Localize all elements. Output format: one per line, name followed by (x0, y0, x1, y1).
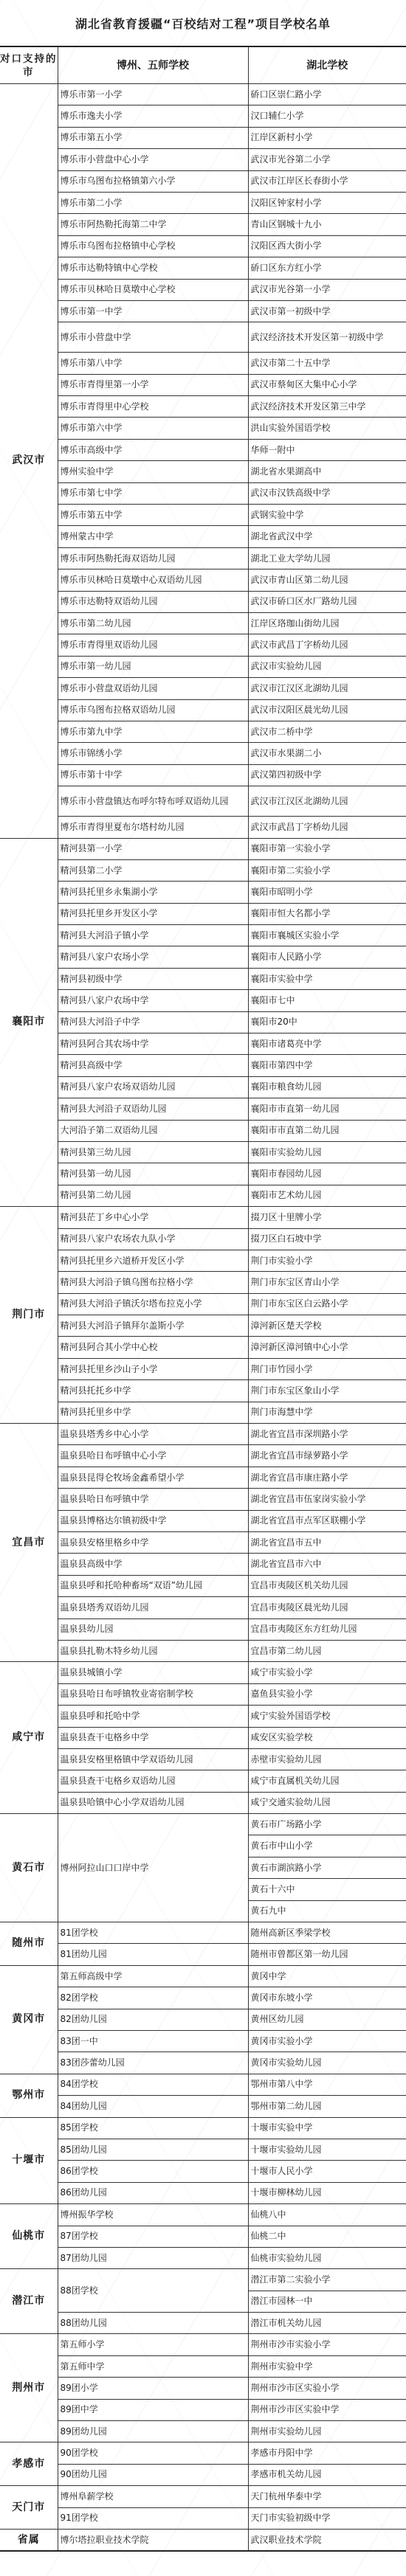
hubei-school-cell: 武汉市武昌丁字桥幼儿园 (248, 634, 406, 656)
column-header-hubei-school: 湖北学校 (248, 46, 406, 84)
xinjiang-school-cell: 博乐市青得里双语幼儿园 (58, 634, 248, 656)
city-cell: 省属 (0, 2529, 58, 2551)
table-row: 89团中学荆州市沙市区实验中学 (0, 2399, 406, 2420)
hubei-school-cell: 荆门市东宝区白云路小学 (248, 1293, 406, 1315)
table-row: 荆门市精河县茫丁乡中心小学掇刀区十里牌小学 (0, 1207, 406, 1228)
hubei-school-cell: 黄石九中 (248, 1900, 406, 1922)
table-row: 温泉县昆得仑牧场金鑫希望小学湖北省宜昌市康庄路小学 (0, 1467, 406, 1488)
hubei-school-cell: 咸宁市实验小学 (248, 1662, 406, 1683)
hubei-school-cell: 湖北省宜昌市六中 (248, 1554, 406, 1575)
xinjiang-school-cell: 温泉县哈日布呼镇中心小学 (58, 1445, 248, 1467)
table-row: 精河县大河沿子双语幼儿园襄阳市市直第一幼儿园 (0, 1098, 406, 1120)
table-row: 精河县大河沿子中学襄阳市20中 (0, 1011, 406, 1033)
xinjiang-school-cell: 温泉县哈日布呼镇牧业寄宿制学校 (58, 1683, 248, 1705)
xinjiang-school-cell: 精河县初级中学 (58, 968, 248, 989)
table-row: 宜昌市温泉县塔秀乡中心小学湖北省宜昌市深圳路小学 (0, 1424, 406, 1445)
xinjiang-school-cell: 博州实验中学 (58, 461, 248, 482)
hubei-school-cell: 湖北省武汉中学 (248, 526, 406, 547)
xinjiang-school-cell: 温泉县博格达尔镇初级中学 (58, 1510, 248, 1531)
xinjiang-school-cell: 博乐市阿热勒托海双语幼儿园 (58, 547, 248, 569)
hubei-school-cell: 黄石市广场路小学 (248, 1814, 406, 1835)
xinjiang-school-cell: 第五师中学 (58, 2355, 248, 2377)
hubei-school-cell: 荆门市东宝区象山小学 (248, 1380, 406, 1402)
xinjiang-school-cell: 温泉县呼和托哈种畜场“双语”幼儿园 (58, 1575, 248, 1596)
xinjiang-school-cell: 博乐市达勒特镇中心学校 (58, 257, 248, 279)
table-row: 精河县托里乡永集湖小学襄阳市昭明小学 (0, 882, 406, 903)
table-row: 随州市81团学校随州高新区季梁学校 (0, 1922, 406, 1944)
document-title: 湖北省教育援疆“百校结对工程”项目学校名单 (0, 0, 406, 46)
school-pairing-table: 对口支持的市 博州、五师学校 湖北学校 武汉市博乐市第一小学硚口区崇仁路小学博乐… (0, 46, 406, 2552)
hubei-school-cell: 荆州市实验幼儿园 (248, 2421, 406, 2442)
table-row: 精河县托托乡中学荆门市东宝区象山小学 (0, 1380, 406, 1402)
xinjiang-school-cell: 精河县托里乡沙山子小学 (58, 1358, 248, 1379)
xinjiang-school-cell: 博乐市第一中学 (58, 300, 248, 322)
hubei-school-cell: 襄阳市艺术幼儿园 (248, 1185, 406, 1206)
table-row: 博乐市青得里双语幼儿园武汉市武昌丁字桥幼儿园 (0, 634, 406, 656)
hubei-school-cell: 咸安区实验学校 (248, 1727, 406, 1748)
xinjiang-school-cell: 博乐市青得里夏布尔塔村幼儿园 (58, 817, 248, 838)
xinjiang-school-cell: 博乐市第二小学 (58, 192, 248, 213)
table-row: 博乐市阿热勒托海第二中学青山区钢城十九小 (0, 214, 406, 235)
hubei-school-cell: 武汉市光谷第二小学 (248, 149, 406, 170)
xinjiang-school-cell: 博乐市青得里第一小学 (58, 374, 248, 395)
table-row: 黄冈市第五师高级中学黄冈中学 (0, 1965, 406, 1987)
xinjiang-school-cell: 博乐市第八中学 (58, 353, 248, 374)
table-row: 博乐市阿热勒托海双语幼儿园湖北工业大学幼儿园 (0, 547, 406, 569)
xinjiang-school-cell: 87团学校 (58, 2226, 248, 2247)
hubei-school-cell: 武汉市光谷第一小学 (248, 279, 406, 300)
xinjiang-school-cell: 89团小学 (58, 2378, 248, 2399)
hubei-school-cell: 黄石市湖滨路小学 (248, 1857, 406, 1878)
hubei-school-cell: 武汉市蔡甸区大集中心小学 (248, 374, 406, 395)
hubei-school-cell: 武汉经济技术开发区第三中学 (248, 396, 406, 418)
hubei-school-cell: 湖北省宜昌市深圳路小学 (248, 1424, 406, 1445)
xinjiang-school-cell: 82团幼儿园 (58, 2009, 248, 2030)
hubei-school-cell: 荆门市竹园小学 (248, 1358, 406, 1379)
hubei-school-cell: 荆门市海慧中学 (248, 1402, 406, 1423)
table-row: 大河沿子第二双语幼儿园襄阳市市直第二幼儿园 (0, 1120, 406, 1141)
table-row: 荆州市第五师小学荆州市沙市实验小学 (0, 2334, 406, 2355)
table-row: 博乐市贝林哈日莫墩中心双语幼儿园武汉市青山区第二幼儿园 (0, 569, 406, 591)
hubei-school-cell: 襄阳市市直第二幼儿园 (248, 1120, 406, 1141)
hubei-school-cell: 襄阳市第二实验小学 (248, 859, 406, 881)
xinjiang-school-cell: 博乐市乌图布拉格镇第六小学 (58, 170, 248, 192)
xinjiang-school-cell: 温泉县城镇小学 (58, 1662, 248, 1683)
hubei-school-cell: 华师一附中 (248, 439, 406, 460)
hubei-school-cell: 青山区钢城十九小 (248, 214, 406, 235)
city-cell: 十堰市 (0, 2117, 58, 2204)
table-row: 精河县托里乡六道桥开发区小学荆门市实验小学 (0, 1250, 406, 1271)
table-row: 87团学校仙桃二中 (0, 2226, 406, 2247)
hubei-school-cell: 漳河新区楚天学校 (248, 1315, 406, 1337)
xinjiang-school-cell: 博乐市逸夫小学 (58, 105, 248, 127)
table-row: 精河县第三幼儿园襄阳市实验幼儿园 (0, 1141, 406, 1163)
xinjiang-school-cell: 温泉县哈日布呼镇中学 (58, 1489, 248, 1510)
hubei-school-cell: 襄阳市20中 (248, 1011, 406, 1033)
table-row: 温泉县哈日布呼镇中学湖北省宜昌市伍家岗实验小学 (0, 1489, 406, 1510)
table-row: 精河县大河沿子镇拜尔盖斯小学漳河新区楚天学校 (0, 1315, 406, 1337)
table-row: 精河县托里乡开发区小学襄阳市恒大名都小学 (0, 903, 406, 924)
table-row: 温泉县哈镇中心小学双语幼儿园咸宁交通实验幼儿园 (0, 1792, 406, 1813)
table-row: 精河县八家户农场中学襄阳市七中 (0, 990, 406, 1011)
hubei-school-cell: 襄阳市人民路小学 (248, 946, 406, 968)
table-row: 精河县托里乡沙山子小学荆门市竹园小学 (0, 1358, 406, 1379)
hubei-school-cell: 湖北省宜昌市康庄路小学 (248, 1467, 406, 1488)
xinjiang-school-cell: 温泉县幼儿园 (58, 1618, 248, 1640)
table-row: 博乐市青得里夏布尔塔村幼儿园武汉市武昌丁字桥幼儿园 (0, 817, 406, 838)
hubei-school-cell: 江岸区珞珈山街幼儿园 (248, 612, 406, 634)
table-row: 温泉县高级中学湖北省宜昌市六中 (0, 1554, 406, 1575)
xinjiang-school-cell: 温泉县塔秀双语幼儿园 (58, 1597, 248, 1618)
table-row: 潜江市88团学校潜江市第二实验小学 (0, 2269, 406, 2291)
table-row: 博乐市第五中学武钢实验中学 (0, 505, 406, 526)
xinjiang-school-cell: 博乐市贝林哈日莫墩中心双语幼儿园 (58, 569, 248, 591)
hubei-school-cell: 武汉市第一初级中学 (248, 300, 406, 322)
table-row: 温泉县扎勒木特乡幼儿园宜昌市第二幼儿园 (0, 1640, 406, 1661)
xinjiang-school-cell: 博乐市第十中学 (58, 764, 248, 786)
table-row: 博乐市锦绣小学武汉市水果湖二小 (0, 743, 406, 764)
xinjiang-school-cell: 温泉县安格里格镇中学双语幼儿园 (58, 1748, 248, 1770)
city-cell: 宜昌市 (0, 1424, 58, 1662)
xinjiang-school-cell: 博乐市小营盘镇达布呼尔特布呼双语幼儿园 (58, 786, 248, 817)
table-row: 咸宁市温泉县城镇小学咸宁市实验小学 (0, 1662, 406, 1683)
xinjiang-school-cell: 89团中学 (58, 2399, 248, 2420)
table-body: 武汉市博乐市第一小学硚口区崇仁路小学博乐市逸夫小学汉口辅仁小学博乐市第五小学江岸… (0, 84, 406, 2552)
table-row: 82团学校黄冈市东坡小学 (0, 1987, 406, 2009)
xinjiang-school-cell: 精河县托里乡开发区小学 (58, 903, 248, 924)
hubei-school-cell: 潜江市园林一中 (248, 2291, 406, 2312)
xinjiang-school-cell: 85团幼儿园 (58, 2139, 248, 2160)
city-cell: 黄石市 (0, 1814, 58, 1922)
table-row: 精河县八家户农场双语幼儿园襄阳市粮食幼儿园 (0, 1076, 406, 1098)
city-cell: 仙桃市 (0, 2204, 58, 2269)
xinjiang-school-cell: 精河县第一幼儿园 (58, 1163, 248, 1185)
xinjiang-school-cell: 博乐市达勒特双语幼儿园 (58, 591, 248, 612)
table-row: 博乐市第一幼儿园武汉市实验幼儿园 (0, 656, 406, 677)
xinjiang-school-cell: 精河县第三幼儿园 (58, 1141, 248, 1163)
hubei-school-cell: 硚口区崇仁路小学 (248, 84, 406, 105)
xinjiang-school-cell: 84团学校 (58, 2074, 248, 2095)
table-row: 精河县阿合其农场中学襄阳市诸葛亮中学 (0, 1033, 406, 1055)
table-row: 89团小学荆州市沙市区实验小学 (0, 2378, 406, 2399)
table-row: 博乐市第六中学洪山实验外国语学校 (0, 418, 406, 439)
xinjiang-school-cell: 温泉县呼和托哈中学 (58, 1706, 248, 1727)
hubei-school-cell: 武汉市江汉区北湖幼儿园 (248, 786, 406, 817)
hubei-school-cell: 武汉职业技术学院 (248, 2529, 406, 2551)
xinjiang-school-cell: 博乐市小营盘中心小学 (58, 149, 248, 170)
hubei-school-cell: 汉阳区钟家村小学 (248, 192, 406, 213)
hubei-school-cell: 掇刀区十里牌小学 (248, 1207, 406, 1228)
hubei-school-cell: 湖北省宜昌市五中 (248, 1532, 406, 1554)
hubei-school-cell: 襄阳市襄城区实验小学 (248, 925, 406, 946)
table-row: 襄阳市精河县第一小学襄阳市第一实验小学 (0, 838, 406, 859)
xinjiang-school-cell: 精河县阿合其农场中学 (58, 1033, 248, 1055)
hubei-school-cell: 漳河新区漳河镇中心小学 (248, 1337, 406, 1358)
city-cell: 孝感市 (0, 2442, 58, 2486)
table-row: 85团幼儿园十堰市实验幼儿园 (0, 2139, 406, 2160)
table-row: 仙桃市博州振华学校仙桃八中 (0, 2204, 406, 2226)
hubei-school-cell: 武汉市实验幼儿园 (248, 656, 406, 677)
xinjiang-school-cell: 博乐市第五小学 (58, 127, 248, 148)
xinjiang-school-cell: 博乐市阿热勒托海第二中学 (58, 214, 248, 235)
table-row: 精河县高级中学襄阳市第四中学 (0, 1055, 406, 1076)
hubei-school-cell: 十堰市人民小学 (248, 2161, 406, 2182)
xinjiang-school-cell: 温泉县塔秀乡中心小学 (58, 1424, 248, 1445)
table-row: 精河县八家户农场农九队小学掇刀区白石坡中学 (0, 1228, 406, 1250)
hubei-school-cell: 鄂州市第八中学 (248, 2074, 406, 2095)
hubei-school-cell: 武汉第四初级中学 (248, 764, 406, 786)
hubei-school-cell: 黄冈市实验小学 (248, 2030, 406, 2052)
table-row: 精河县大河沿子镇小学襄阳市襄城区实验小学 (0, 925, 406, 946)
hubei-school-cell: 孝感市丹阳中学 (248, 2442, 406, 2464)
table-row: 博乐市第七中学武汉市汉铁高级中学 (0, 482, 406, 504)
city-cell: 随州市 (0, 1922, 58, 1966)
xinjiang-school-cell: 博尔塔拉职业技术学院 (58, 2529, 248, 2551)
xinjiang-school-cell: 精河县茫丁乡中心小学 (58, 1207, 248, 1228)
xinjiang-school-cell: 82团学校 (58, 1987, 248, 2009)
xinjiang-school-cell: 精河县第二幼儿园 (58, 1185, 248, 1206)
xinjiang-school-cell: 91团学校 (58, 2507, 248, 2529)
xinjiang-school-cell: 精河县托里乡永集湖小学 (58, 882, 248, 903)
xinjiang-school-cell: 精河县八家户农场小学 (58, 946, 248, 968)
table-row: 第五师中学荆州市实验中学 (0, 2355, 406, 2377)
hubei-school-cell: 潜江市机关幼儿园 (248, 2313, 406, 2334)
xinjiang-school-cell: 84团幼儿园 (58, 2096, 248, 2117)
hubei-school-cell: 黄冈中学 (248, 1965, 406, 1987)
hubei-school-cell: 湖北省宜昌市点军区联棚小学 (248, 1510, 406, 1531)
table-row: 温泉县塔秀双语幼儿园宜昌市夷陵区晨光幼儿园 (0, 1597, 406, 1618)
xinjiang-school-cell: 精河县大河沿子镇小学 (58, 925, 248, 946)
hubei-school-cell: 随州高新区季梁学校 (248, 1922, 406, 1944)
xinjiang-school-cell: 博州蒙古中学 (58, 526, 248, 547)
hubei-school-cell: 武汉市青山区第二幼儿园 (248, 569, 406, 591)
xinjiang-school-cell: 90团幼儿园 (58, 2464, 248, 2485)
xinjiang-school-cell: 温泉县查干屯格乡双语幼儿园 (58, 1770, 248, 1792)
hubei-school-cell: 潜江市第二实验小学 (248, 2269, 406, 2291)
table-row: 天门市博州阜薪学校天门杭州华泰中学 (0, 2486, 406, 2507)
table-row: 博乐市达勒特镇中心学校硚口区东方红小学 (0, 257, 406, 279)
hubei-school-cell: 黄州区幼儿园 (248, 2009, 406, 2030)
table-row: 精河县第二幼儿园襄阳市艺术幼儿园 (0, 1185, 406, 1206)
table-row: 87团幼儿园仙桃市实验幼儿园 (0, 2247, 406, 2268)
table-row: 86团学校十堰市人民小学 (0, 2161, 406, 2182)
xinjiang-school-cell: 精河县八家户农场农九队小学 (58, 1228, 248, 1250)
xinjiang-school-cell: 博乐市第六中学 (58, 418, 248, 439)
xinjiang-school-cell: 89团幼儿园 (58, 2421, 248, 2442)
xinjiang-school-cell: 博乐市第二幼儿园 (58, 612, 248, 634)
hubei-school-cell: 武汉市江汉区北湖幼儿园 (248, 678, 406, 699)
hubei-school-cell: 江岸区新村小学 (248, 127, 406, 148)
xinjiang-school-cell: 精河县八家户农场双语幼儿园 (58, 1076, 248, 1098)
xinjiang-school-cell: 博州阿拉山口口岸中学 (58, 1814, 248, 1922)
hubei-school-cell: 武钢实验中学 (248, 505, 406, 526)
xinjiang-school-cell: 86团幼儿园 (58, 2182, 248, 2203)
table-row: 温泉县查干屯格乡双语幼儿园咸宁市直属机关幼儿园 (0, 1770, 406, 1792)
hubei-school-cell: 十堰市柳林幼儿园 (248, 2182, 406, 2203)
hubei-school-cell: 黄冈市东坡小学 (248, 1987, 406, 2009)
hubei-school-cell: 武汉市武昌丁字桥幼儿园 (248, 817, 406, 838)
xinjiang-school-cell: 温泉县昆得仑牧场金鑫希望小学 (58, 1467, 248, 1488)
table-header-row: 对口支持的市 博州、五师学校 湖北学校 (0, 46, 406, 84)
table-row: 温泉县查干屯格乡中学咸安区实验学校 (0, 1727, 406, 1748)
hubei-school-cell: 荆州市沙市实验小学 (248, 2334, 406, 2355)
hubei-school-cell: 荆门市东宝区青山小学 (248, 1272, 406, 1293)
table-row: 博州蒙古中学湖北省武汉中学 (0, 526, 406, 547)
city-cell: 武汉市 (0, 84, 58, 839)
hubei-school-cell: 嘉鱼县实验小学 (248, 1683, 406, 1705)
hubei-school-cell: 赤壁市实验幼儿园 (248, 1748, 406, 1770)
table-row: 82团幼儿园黄州区幼儿园 (0, 2009, 406, 2030)
hubei-school-cell: 仙桃八中 (248, 2204, 406, 2226)
xinjiang-school-cell: 81团幼儿园 (58, 1944, 248, 1965)
xinjiang-school-cell: 大河沿子第二双语幼儿园 (58, 1120, 248, 1141)
table-row: 91团学校天门市实验初级中学 (0, 2507, 406, 2529)
hubei-school-cell: 天门市实验初级中学 (248, 2507, 406, 2529)
xinjiang-school-cell: 精河县托里乡六道桥开发区小学 (58, 1250, 248, 1271)
table-row: 十堰市85团学校十堰市实验中学 (0, 2117, 406, 2139)
hubei-school-cell: 武汉经济技术开发区第一初级中学 (248, 322, 406, 353)
hubei-school-cell: 宜昌市第二幼儿园 (248, 1640, 406, 1661)
city-cell: 襄阳市 (0, 838, 58, 1207)
hubei-school-cell: 咸宁市直属机关幼儿园 (248, 1770, 406, 1792)
xinjiang-school-cell: 博乐市青得里中心学校 (58, 396, 248, 418)
table-row: 博乐市小营盘中学武汉经济技术开发区第一初级中学 (0, 322, 406, 353)
hubei-school-cell: 湖北省水果湖高中 (248, 461, 406, 482)
hubei-school-cell: 襄阳市实验中学 (248, 968, 406, 989)
xinjiang-school-cell: 博乐市第九中学 (58, 721, 248, 742)
city-cell: 咸宁市 (0, 1662, 58, 1814)
xinjiang-school-cell: 88团幼儿园 (58, 2313, 248, 2334)
xinjiang-school-cell: 博乐市乌图布拉格镇中心学校 (58, 235, 248, 257)
xinjiang-school-cell: 精河县托里乡中学 (58, 1402, 248, 1423)
table-row: 博乐市小营盘镇达布呼尔特布呼双语幼儿园武汉市江汉区北湖幼儿园 (0, 786, 406, 817)
table-row: 83团一中黄冈市实验小学 (0, 2030, 406, 2052)
table-row: 精河县大河沿子镇乌图布拉格小学荆门市东宝区青山小学 (0, 1272, 406, 1293)
hubei-school-cell: 襄阳市实验幼儿园 (248, 1141, 406, 1163)
table-row: 精河县初级中学襄阳市实验中学 (0, 968, 406, 989)
xinjiang-school-cell: 88团学校 (58, 2269, 248, 2313)
table-row: 博乐市第八中学武汉市第二十五中学 (0, 353, 406, 374)
xinjiang-school-cell: 精河县高级中学 (58, 1055, 248, 1076)
xinjiang-school-cell: 83团莎蕾幼儿园 (58, 2052, 248, 2074)
table-row: 精河县第一幼儿园襄阳市春园幼儿园 (0, 1163, 406, 1185)
table-row: 武汉市博乐市第一小学硚口区崇仁路小学 (0, 84, 406, 105)
xinjiang-school-cell: 博乐市锦绣小学 (58, 743, 248, 764)
table-row: 温泉县博格达尔镇初级中学湖北省宜昌市点军区联棚小学 (0, 1510, 406, 1531)
table-row: 博乐市第二幼儿园江岸区珞珈山街幼儿园 (0, 612, 406, 634)
xinjiang-school-cell: 博乐市第七中学 (58, 482, 248, 504)
table-row: 博乐市乌图布拉格镇中心学校汉阳区西大街小学 (0, 235, 406, 257)
table-row: 博乐市第九中学武汉市二桥中学 (0, 721, 406, 742)
hubei-school-cell: 襄阳市市直第一幼儿园 (248, 1098, 406, 1120)
table-row: 博乐市第二小学汉阳区钟家村小学 (0, 192, 406, 213)
table-row: 83团莎蕾幼儿园黄冈市实验幼儿园 (0, 2052, 406, 2074)
table-row: 博州实验中学湖北省水果湖高中 (0, 461, 406, 482)
xinjiang-school-cell: 86团学校 (58, 2161, 248, 2182)
hubei-school-cell: 武汉市汉铁高级中学 (248, 482, 406, 504)
table-row: 精河县八家户农场小学襄阳市人民路小学 (0, 946, 406, 968)
hubei-school-cell: 湖北省宜昌市绿萝路小学 (248, 1445, 406, 1467)
hubei-school-cell: 十堰市实验幼儿园 (248, 2139, 406, 2160)
hubei-school-cell: 襄阳市春园幼儿园 (248, 1163, 406, 1185)
xinjiang-school-cell: 精河县大河沿子镇乌图布拉格小学 (58, 1272, 248, 1293)
hubei-school-cell: 荆州市沙市区实验中学 (248, 2399, 406, 2420)
hubei-school-cell: 十堰市实验中学 (248, 2117, 406, 2139)
table-row: 精河县第二小学襄阳市第二实验小学 (0, 859, 406, 881)
table-row: 温泉县呼和托哈种畜场“双语”幼儿园宜昌市夷陵区机关幼儿园 (0, 1575, 406, 1596)
table-row: 精河县大河沿子镇沃尔塔布拉克小学荆门市东宝区白云路小学 (0, 1293, 406, 1315)
table-row: 温泉县哈日布呼镇中心小学湖北省宜昌市绿萝路小学 (0, 1445, 406, 1467)
xinjiang-school-cell: 85团学校 (58, 2117, 248, 2139)
hubei-school-cell: 襄阳市昭明小学 (248, 882, 406, 903)
table-row: 黄石市博州阿拉山口口岸中学黄石市广场路小学 (0, 1814, 406, 1835)
xinjiang-school-cell: 精河县阿合其小学中心校 (58, 1337, 248, 1358)
hubei-school-cell: 湖北省宜昌市伍家岗实验小学 (248, 1489, 406, 1510)
hubei-school-cell: 仙桃市实验幼儿园 (248, 2247, 406, 2268)
hubei-school-cell: 襄阳市恒大名都小学 (248, 903, 406, 924)
table-row: 博乐市第一中学武汉市第一初级中学 (0, 300, 406, 322)
hubei-school-cell: 武汉市水果湖二小 (248, 743, 406, 764)
table-row: 博乐市逸夫小学汉口辅仁小学 (0, 105, 406, 127)
table-row: 博乐市高级中学华师一附中 (0, 439, 406, 460)
xinjiang-school-cell: 博州阜薪学校 (58, 2486, 248, 2507)
xinjiang-school-cell: 精河县第二小学 (58, 859, 248, 881)
table-row: 温泉县安格里格镇中学双语幼儿园赤壁市实验幼儿园 (0, 1748, 406, 1770)
xinjiang-school-cell: 温泉县安格里格乡中学 (58, 1532, 248, 1554)
city-cell: 鄂州市 (0, 2074, 58, 2117)
xinjiang-school-cell: 博乐市第一幼儿园 (58, 656, 248, 677)
hubei-school-cell: 硚口区东方红小学 (248, 257, 406, 279)
hubei-school-cell: 襄阳市粮食幼儿园 (248, 1076, 406, 1098)
hubei-school-cell: 武汉市汉阳区晨光幼儿园 (248, 699, 406, 721)
hubei-school-cell: 掇刀区白石坡中学 (248, 1228, 406, 1250)
xinjiang-school-cell: 博乐市乌图布拉格双语幼儿园 (58, 699, 248, 721)
table-row: 鄂州市84团学校鄂州市第八中学 (0, 2074, 406, 2095)
table-row: 81团幼儿园随州市曾都区第一幼儿园 (0, 1944, 406, 1965)
hubei-school-cell: 襄阳市第一实验小学 (248, 838, 406, 859)
hubei-school-cell: 襄阳市第四中学 (248, 1055, 406, 1076)
xinjiang-school-cell: 博乐市高级中学 (58, 439, 248, 460)
table-row: 精河县托里乡中学荆门市海慧中学 (0, 1402, 406, 1423)
table-row: 省属博尔塔拉职业技术学院武汉职业技术学院 (0, 2529, 406, 2551)
table-row: 博乐市青得里中心学校武汉经济技术开发区第三中学 (0, 396, 406, 418)
xinjiang-school-cell: 博乐市小营盘中学 (58, 322, 248, 353)
xinjiang-school-cell: 博州振华学校 (58, 2204, 248, 2226)
table-row: 88团幼儿园潜江市机关幼儿园 (0, 2313, 406, 2334)
table-row: 90团幼儿园孝感市机关幼儿园 (0, 2464, 406, 2485)
xinjiang-school-cell: 83团一中 (58, 2030, 248, 2052)
xinjiang-school-cell: 81团学校 (58, 1922, 248, 1944)
xinjiang-school-cell: 温泉县扎勒木特乡幼儿园 (58, 1640, 248, 1661)
table-row: 博乐市小营盘中心小学武汉市光谷第二小学 (0, 149, 406, 170)
hubei-school-cell: 汉口辅仁小学 (248, 105, 406, 127)
hubei-school-cell: 黄石十六中 (248, 1879, 406, 1900)
hubei-school-cell: 孝感市机关幼儿园 (248, 2464, 406, 2485)
hubei-school-cell: 咸宁交通实验幼儿园 (248, 1792, 406, 1813)
xinjiang-school-cell: 温泉县哈镇中心小学双语幼儿园 (58, 1792, 248, 1813)
table-row: 博乐市贝林哈日莫墩中心学校武汉市光谷第一小学 (0, 279, 406, 300)
table-row: 温泉县呼和托哈中学咸宁实验外国语学校 (0, 1706, 406, 1727)
xinjiang-school-cell: 精河县第一小学 (58, 838, 248, 859)
hubei-school-cell: 鄂州市第二幼儿园 (248, 2096, 406, 2117)
table-row: 84团幼儿园鄂州市第二幼儿园 (0, 2096, 406, 2117)
xinjiang-school-cell: 精河县托托乡中学 (58, 1380, 248, 1402)
hubei-school-cell: 武汉市江岸区长春街小学 (248, 170, 406, 192)
xinjiang-school-cell: 精河县大河沿子中学 (58, 1011, 248, 1033)
hubei-school-cell: 荆州市沙市区实验小学 (248, 2378, 406, 2399)
table-row: 86团幼儿园十堰市柳林幼儿园 (0, 2182, 406, 2203)
xinjiang-school-cell: 精河县八家户农场中学 (58, 990, 248, 1011)
